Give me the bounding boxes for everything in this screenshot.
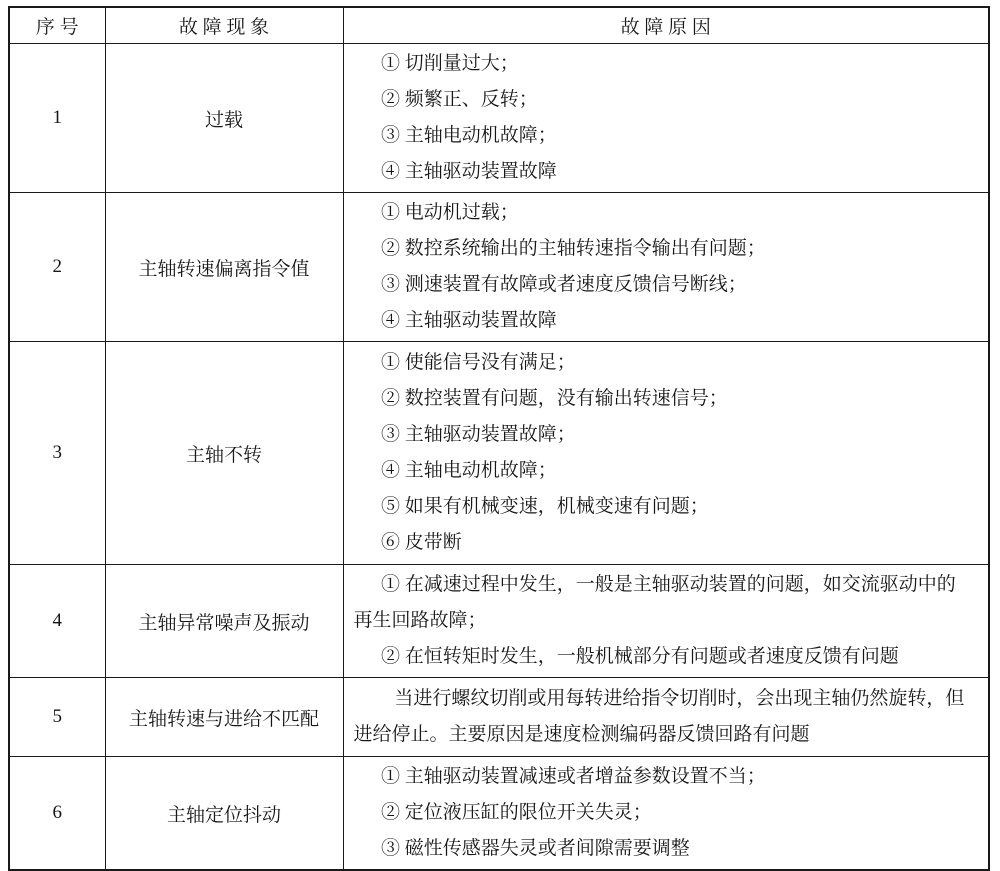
col-header-cause: 故 障 原 因 <box>343 7 989 44</box>
fault-phenomenon: 主轴转速偏离指令值 <box>105 193 343 342</box>
table-row: 5 主轴转速与进给不匹配 当进行螺纹切削或用每转进给指令切削时，会出现主轴仍然旋… <box>9 678 989 757</box>
cause-line: ④ 主轴驱动装置故障 <box>354 303 975 339</box>
cause-line: ⑤ 如果有机械变速，机械变速有问题； <box>354 489 975 525</box>
col-header-no: 序 号 <box>9 7 105 44</box>
row-number: 2 <box>9 193 105 342</box>
fault-phenomenon: 主轴转速与进给不匹配 <box>105 678 343 757</box>
cause-line: ① 主轴驱动装置减速或者增益参数设置不当； <box>354 759 975 795</box>
cause-line: ② 数控系统输出的主轴转速指令输出有问题； <box>354 231 975 267</box>
row-number: 6 <box>9 757 105 871</box>
cause-line: ⑥ 皮带断 <box>354 525 975 561</box>
cause-line: 当进行螺纹切削或用每转进给指令切削时，会出现主轴仍然旋转，但进给停止。主要原因是… <box>354 681 975 753</box>
fault-phenomenon: 主轴不转 <box>105 342 343 565</box>
fault-cause: ① 使能信号没有满足； ② 数控装置有问题，没有输出转速信号； ③ 主轴驱动装置… <box>343 342 989 565</box>
cause-line: ③ 主轴电动机故障； <box>354 118 975 154</box>
cause-line: ① 在减速过程中发生，一般是主轴驱动装置的问题，如交流驱动中的再生回路故障； <box>354 567 975 639</box>
cause-line: ③ 磁性传感器失灵或者间隙需要调整 <box>354 831 975 867</box>
cause-line: ④ 主轴驱动装置故障 <box>354 154 975 190</box>
cause-line: ③ 主轴驱动装置故障； <box>354 417 975 453</box>
table-row: 3 主轴不转 ① 使能信号没有满足； ② 数控装置有问题，没有输出转速信号； ③… <box>9 342 989 565</box>
cause-line: ① 使能信号没有满足； <box>354 345 975 381</box>
document-page: 序 号 故 障 现 象 故 障 原 因 1 过载 ① 切削量过大； ② 频繁正、… <box>8 6 990 860</box>
col-header-phenomenon: 故 障 现 象 <box>105 7 343 44</box>
header-row: 序 号 故 障 现 象 故 障 原 因 <box>9 7 989 44</box>
table-row: 6 主轴定位抖动 ① 主轴驱动装置减速或者增益参数设置不当； ② 定位液压缸的限… <box>9 757 989 871</box>
cause-line: ② 频繁正、反转； <box>354 82 975 118</box>
row-number: 4 <box>9 565 105 678</box>
cause-line: ③ 测速装置有故障或者速度反馈信号断线； <box>354 267 975 303</box>
table-row: 4 主轴异常噪声及振动 ① 在减速过程中发生，一般是主轴驱动装置的问题，如交流驱… <box>9 565 989 678</box>
table-row: 2 主轴转速偏离指令值 ① 电动机过载； ② 数控系统输出的主轴转速指令输出有问… <box>9 193 989 342</box>
cause-line: ① 切削量过大； <box>354 46 975 82</box>
fault-phenomenon: 主轴异常噪声及振动 <box>105 565 343 678</box>
table-row: 1 过载 ① 切削量过大； ② 频繁正、反转； ③ 主轴电动机故障； ④ 主轴驱… <box>9 44 989 193</box>
fault-cause: ① 主轴驱动装置减速或者增益参数设置不当； ② 定位液压缸的限位开关失灵； ③ … <box>343 757 989 871</box>
fault-cause: ① 在减速过程中发生，一般是主轴驱动装置的问题，如交流驱动中的再生回路故障； ②… <box>343 565 989 678</box>
cause-line: ④ 主轴电动机故障； <box>354 453 975 489</box>
fault-phenomenon: 主轴定位抖动 <box>105 757 343 871</box>
fault-table: 序 号 故 障 现 象 故 障 原 因 1 过载 ① 切削量过大； ② 频繁正、… <box>8 6 990 871</box>
row-number: 5 <box>9 678 105 757</box>
cause-line: ② 定位液压缸的限位开关失灵； <box>354 795 975 831</box>
cause-line: ② 在恒转矩时发生，一般机械部分有问题或者速度反馈有问题 <box>354 639 975 675</box>
fault-cause: ① 电动机过载； ② 数控系统输出的主轴转速指令输出有问题； ③ 测速装置有故障… <box>343 193 989 342</box>
cause-line: ② 数控装置有问题，没有输出转速信号； <box>354 381 975 417</box>
row-number: 1 <box>9 44 105 193</box>
row-number: 3 <box>9 342 105 565</box>
fault-cause: 当进行螺纹切削或用每转进给指令切削时，会出现主轴仍然旋转，但进给停止。主要原因是… <box>343 678 989 757</box>
cause-line: ① 电动机过载； <box>354 195 975 231</box>
fault-cause: ① 切削量过大； ② 频繁正、反转； ③ 主轴电动机故障； ④ 主轴驱动装置故障 <box>343 44 989 193</box>
fault-phenomenon: 过载 <box>105 44 343 193</box>
